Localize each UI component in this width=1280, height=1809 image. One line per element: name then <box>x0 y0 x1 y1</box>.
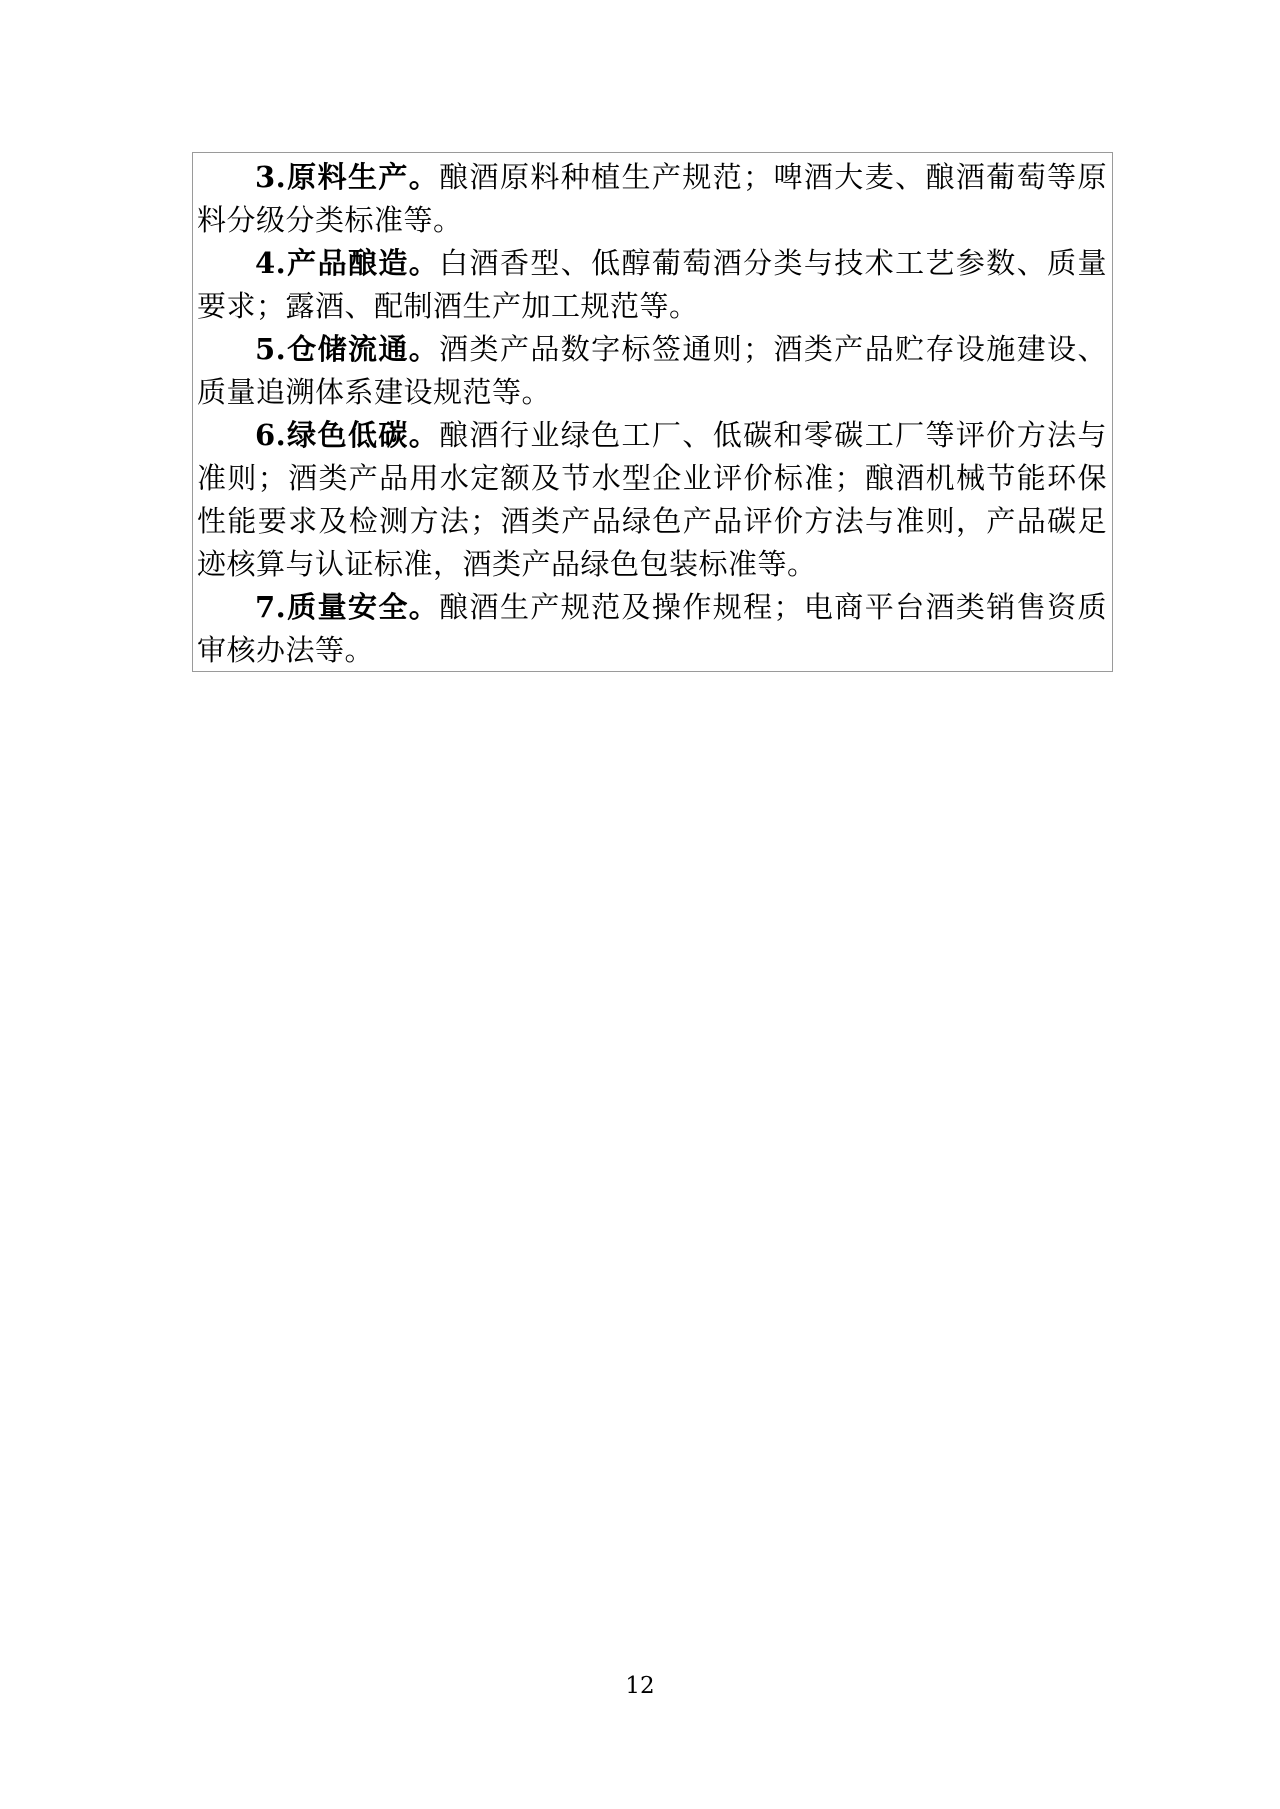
paragraph-heading: 7.质量安全。 <box>255 590 439 624</box>
paragraph-heading: 4.产品酿造。 <box>255 246 439 280</box>
standards-content-box: 3.原料生产。酿酒原料种植生产规范；啤酒大麦、酿酒葡萄等原料分级分类标准等。 4… <box>192 152 1113 672</box>
paragraph-green-low-carbon: 6.绿色低碳。酿酒行业绿色工厂、低碳和零碳工厂等评价方法与准则；酒类产品用水定额… <box>197 414 1107 586</box>
paragraph-storage-circulation: 5.仓储流通。酒类产品数字标签通则；酒类产品贮存设施建设、质量追溯体系建设规范等… <box>197 328 1107 414</box>
paragraph-heading: 3.原料生产。 <box>255 160 439 194</box>
paragraph-quality-safety: 7.质量安全。酿酒生产规范及操作规程；电商平台酒类销售资质审核办法等。 <box>197 586 1107 672</box>
paragraph-raw-material-production: 3.原料生产。酿酒原料种植生产规范；啤酒大麦、酿酒葡萄等原料分级分类标准等。 <box>197 156 1107 242</box>
paragraph-heading: 5.仓储流通。 <box>255 332 439 366</box>
page-number: 12 <box>0 1672 1280 1700</box>
paragraph-product-brewing: 4.产品酿造。白酒香型、低醇葡萄酒分类与技术工艺参数、质量要求；露酒、配制酒生产… <box>197 242 1107 328</box>
paragraph-heading: 6.绿色低碳。 <box>255 418 439 452</box>
